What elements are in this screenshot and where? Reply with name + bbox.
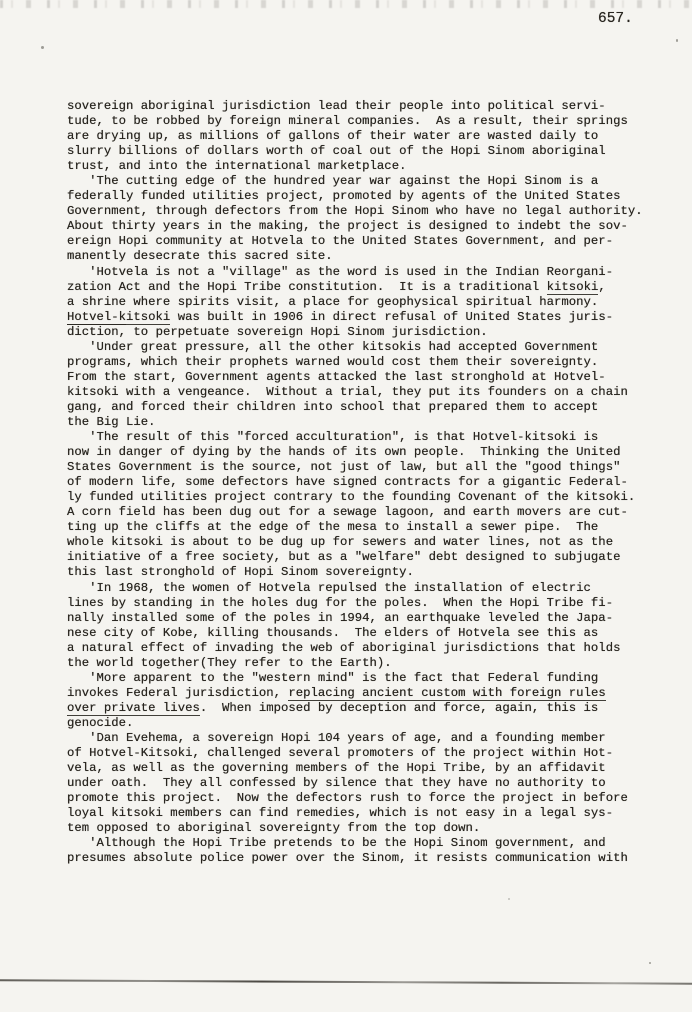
text-segment: was built in 1906 in direct refusal of U… — [170, 310, 613, 324]
text-segment: nally installed some of the poles in 199… — [67, 611, 613, 625]
text-line: tude, to be robbed by foreign mineral co… — [67, 114, 643, 129]
text-segment: tude, to be robbed by foreign mineral co… — [67, 114, 628, 128]
text-line: presumes absolute police power over the … — [67, 851, 643, 866]
text-segment: kitsoki with a vengeance. Without a tria… — [67, 385, 628, 399]
text-segment: From the start, Government agents attack… — [67, 370, 606, 384]
text-line: lines by standing in the holes dug for t… — [67, 596, 643, 611]
text-line: the Big Lie. — [67, 415, 643, 430]
text-segment: this last stronghold of Hopi Sinom sover… — [67, 565, 414, 579]
underlined-text: replacing ancient custom with foreign ru… — [288, 686, 605, 701]
text-line: manently desecrate this sacred site. — [67, 249, 643, 264]
text-line: slurry billions of dollars worth of coal… — [67, 144, 643, 159]
overlined-text: diction, — [67, 324, 126, 339]
text-line: zation Act and the Hopi Tribe constituti… — [67, 280, 643, 295]
scanned-document-page: 657. sovereign aboriginal jurisdiction l… — [0, 0, 692, 1012]
underlined-text: Hotvel-kitsoki — [67, 310, 170, 325]
text-segment: 'The result of this "forced acculturatio… — [67, 430, 598, 444]
text-segment: the world together(They refer to the Ear… — [67, 656, 392, 670]
text-segment: States Government is the source, not jus… — [67, 460, 620, 474]
text-line: whole kitsoki is about to be dug up for … — [67, 535, 643, 550]
text-segment: of modern life, some defectors have sign… — [67, 475, 628, 489]
text-segment: . When imposed by deception and force, a… — [200, 701, 598, 715]
text-line: this last stronghold of Hopi Sinom sover… — [67, 565, 643, 580]
text-line: federally funded utilities project, prom… — [67, 189, 643, 204]
text-line: Hotvel-kitsoki was built in 1906 in dire… — [67, 310, 643, 325]
text-line: are drying up, as millions of gallons of… — [67, 129, 643, 144]
text-segment: initiative of a free society, but as a "… — [67, 550, 620, 564]
text-segment: of Hotvel-Kitsoki, challenged several pr… — [67, 746, 613, 760]
text-segment: ly funded utilities project contrary to … — [67, 490, 635, 504]
text-line: 'The cutting edge of the hundred year wa… — [67, 174, 643, 189]
text-line: ereign Hopi community at Hotvela to the … — [67, 234, 643, 249]
text-segment: 'More apparent to the "western mind" is … — [67, 671, 598, 685]
text-segment: whole kitsoki is about to be dug up for … — [67, 535, 613, 549]
text-line: tem opposed to aboriginal sovereignty fr… — [67, 821, 643, 836]
text-segment: tem opposed to aboriginal sovereignty fr… — [67, 821, 480, 835]
text-line: genocide. — [67, 716, 643, 731]
text-line: 'In 1968, the women of Hotvela repulsed … — [67, 581, 643, 596]
text-segment: the Big Lie. — [67, 415, 156, 429]
scan-speck — [41, 46, 44, 49]
scan-artifact-line — [0, 979, 692, 984]
text-line: invokes Federal jurisdiction, replacing … — [67, 686, 643, 701]
text-line: vela, as well as the governing members o… — [67, 761, 643, 776]
text-segment: Government, through defectors from the H… — [67, 204, 643, 218]
text-line: gang, and forced their children into sch… — [67, 400, 643, 415]
text-segment: are drying up, as millions of gallons of… — [67, 129, 598, 143]
text-line: 'Dan Evehema, a sovereign Hopi 104 years… — [67, 731, 643, 746]
text-segment: a shrine where spirits visit, a place fo… — [67, 295, 598, 309]
text-line: ting up the cliffs at the edge of the me… — [67, 520, 643, 535]
text-line: 'Under great pressure, all the other kit… — [67, 340, 643, 355]
text-segment: loyal kitsoki members can find remedies,… — [67, 806, 613, 820]
text-segment: zation Act and the Hopi Tribe constituti… — [67, 280, 547, 294]
text-segment: gang, and forced their children into sch… — [67, 400, 598, 414]
text-line: a shrine where spirits visit, a place fo… — [67, 295, 643, 310]
text-line: now in danger of dying by the hands of i… — [67, 445, 643, 460]
underlined-text: kitsoki — [547, 280, 599, 295]
text-line: initiative of a free society, but as a "… — [67, 550, 643, 565]
text-line: From the start, Government agents attack… — [67, 370, 643, 385]
text-line: 'The result of this "forced acculturatio… — [67, 430, 643, 445]
text-line: programs, which their prophets warned wo… — [67, 355, 643, 370]
text-segment: nese city of Kobe, killing thousands. Th… — [67, 626, 598, 640]
text-line: States Government is the source, not jus… — [67, 460, 643, 475]
text-line: of Hotvel-Kitsoki, challenged several pr… — [67, 746, 643, 761]
text-line: kitsoki with a vengeance. Without a tria… — [67, 385, 643, 400]
text-segment: now in danger of dying by the hands of i… — [67, 445, 620, 459]
text-line: 'More apparent to the "western mind" is … — [67, 671, 643, 686]
text-segment: manently desecrate this sacred site. — [67, 249, 333, 263]
text-segment: sovereign aboriginal jurisdiction lead t… — [67, 99, 606, 113]
text-segment: ting up the cliffs at the edge of the me… — [67, 520, 598, 534]
text-line: under oath. They all confessed by silenc… — [67, 776, 643, 791]
text-segment: 'Although the Hopi Tribe pretends to be … — [67, 836, 606, 850]
scan-speck — [676, 39, 678, 42]
document-text: sovereign aboriginal jurisdiction lead t… — [67, 99, 643, 866]
underlined-text: over private lives — [67, 701, 200, 716]
scan-speck — [508, 898, 510, 900]
text-line: promote this project. Now the defectors … — [67, 791, 643, 806]
text-line: over private lives. When imposed by dece… — [67, 701, 643, 716]
text-line: 'Although the Hopi Tribe pretends to be … — [67, 836, 643, 851]
text-segment: presumes absolute police power over the … — [67, 851, 628, 865]
text-segment: genocide. — [67, 716, 133, 730]
text-segment: trust, and into the international market… — [67, 159, 406, 173]
scan-noise-band — [0, 0, 692, 8]
text-line: a natural effect of invading the web of … — [67, 641, 643, 656]
text-line: diction, to perpetuate sovereign Hopi Si… — [67, 325, 643, 340]
text-line: About thirty years in the making, the pr… — [67, 219, 643, 234]
text-line: 'Hotvela is not a "village" as the word … — [67, 265, 643, 280]
text-segment: under oath. They all confessed by silenc… — [67, 776, 606, 790]
text-segment: ereign Hopi community at Hotvela to the … — [67, 234, 613, 248]
text-segment: About thirty years in the making, the pr… — [67, 219, 628, 233]
text-segment: 'Dan Evehema, a sovereign Hopi 104 years… — [67, 731, 606, 745]
text-line: trust, and into the international market… — [67, 159, 643, 174]
text-line: ly funded utilities project contrary to … — [67, 490, 643, 505]
text-segment: promote this project. Now the defectors … — [67, 791, 628, 805]
text-line: nese city of Kobe, killing thousands. Th… — [67, 626, 643, 641]
text-segment: federally funded utilities project, prom… — [67, 189, 620, 203]
page-number: 657. — [598, 10, 633, 28]
text-segment: slurry billions of dollars worth of coal… — [67, 144, 606, 158]
text-line: A corn field has been dug out for a sewa… — [67, 505, 643, 520]
text-segment: lines by standing in the holes dug for t… — [67, 596, 613, 610]
text-segment: 'Hotvela is not a "village" as the word … — [67, 265, 613, 279]
scan-speck — [649, 962, 651, 964]
text-line: sovereign aboriginal jurisdiction lead t… — [67, 99, 643, 114]
text-line: the world together(They refer to the Ear… — [67, 656, 643, 671]
text-line: nally installed some of the poles in 199… — [67, 611, 643, 626]
text-segment: 'The cutting edge of the hundred year wa… — [67, 174, 598, 188]
text-segment: , — [598, 280, 605, 294]
text-segment: a natural effect of invading the web of … — [67, 641, 620, 655]
text-line: of modern life, some defectors have sign… — [67, 475, 643, 490]
text-segment: invokes Federal jurisdiction, — [67, 686, 288, 700]
text-segment: A corn field has been dug out for a sewa… — [67, 505, 628, 519]
text-line: loyal kitsoki members can find remedies,… — [67, 806, 643, 821]
text-segment: 'In 1968, the women of Hotvela repulsed … — [67, 581, 591, 595]
text-segment: 'Under great pressure, all the other kit… — [67, 340, 598, 354]
text-segment: to perpetuate sovereign Hopi Sinom juris… — [126, 325, 488, 339]
text-segment: vela, as well as the governing members o… — [67, 761, 606, 775]
text-line: Government, through defectors from the H… — [67, 204, 643, 219]
text-segment: programs, which their prophets warned wo… — [67, 355, 598, 369]
